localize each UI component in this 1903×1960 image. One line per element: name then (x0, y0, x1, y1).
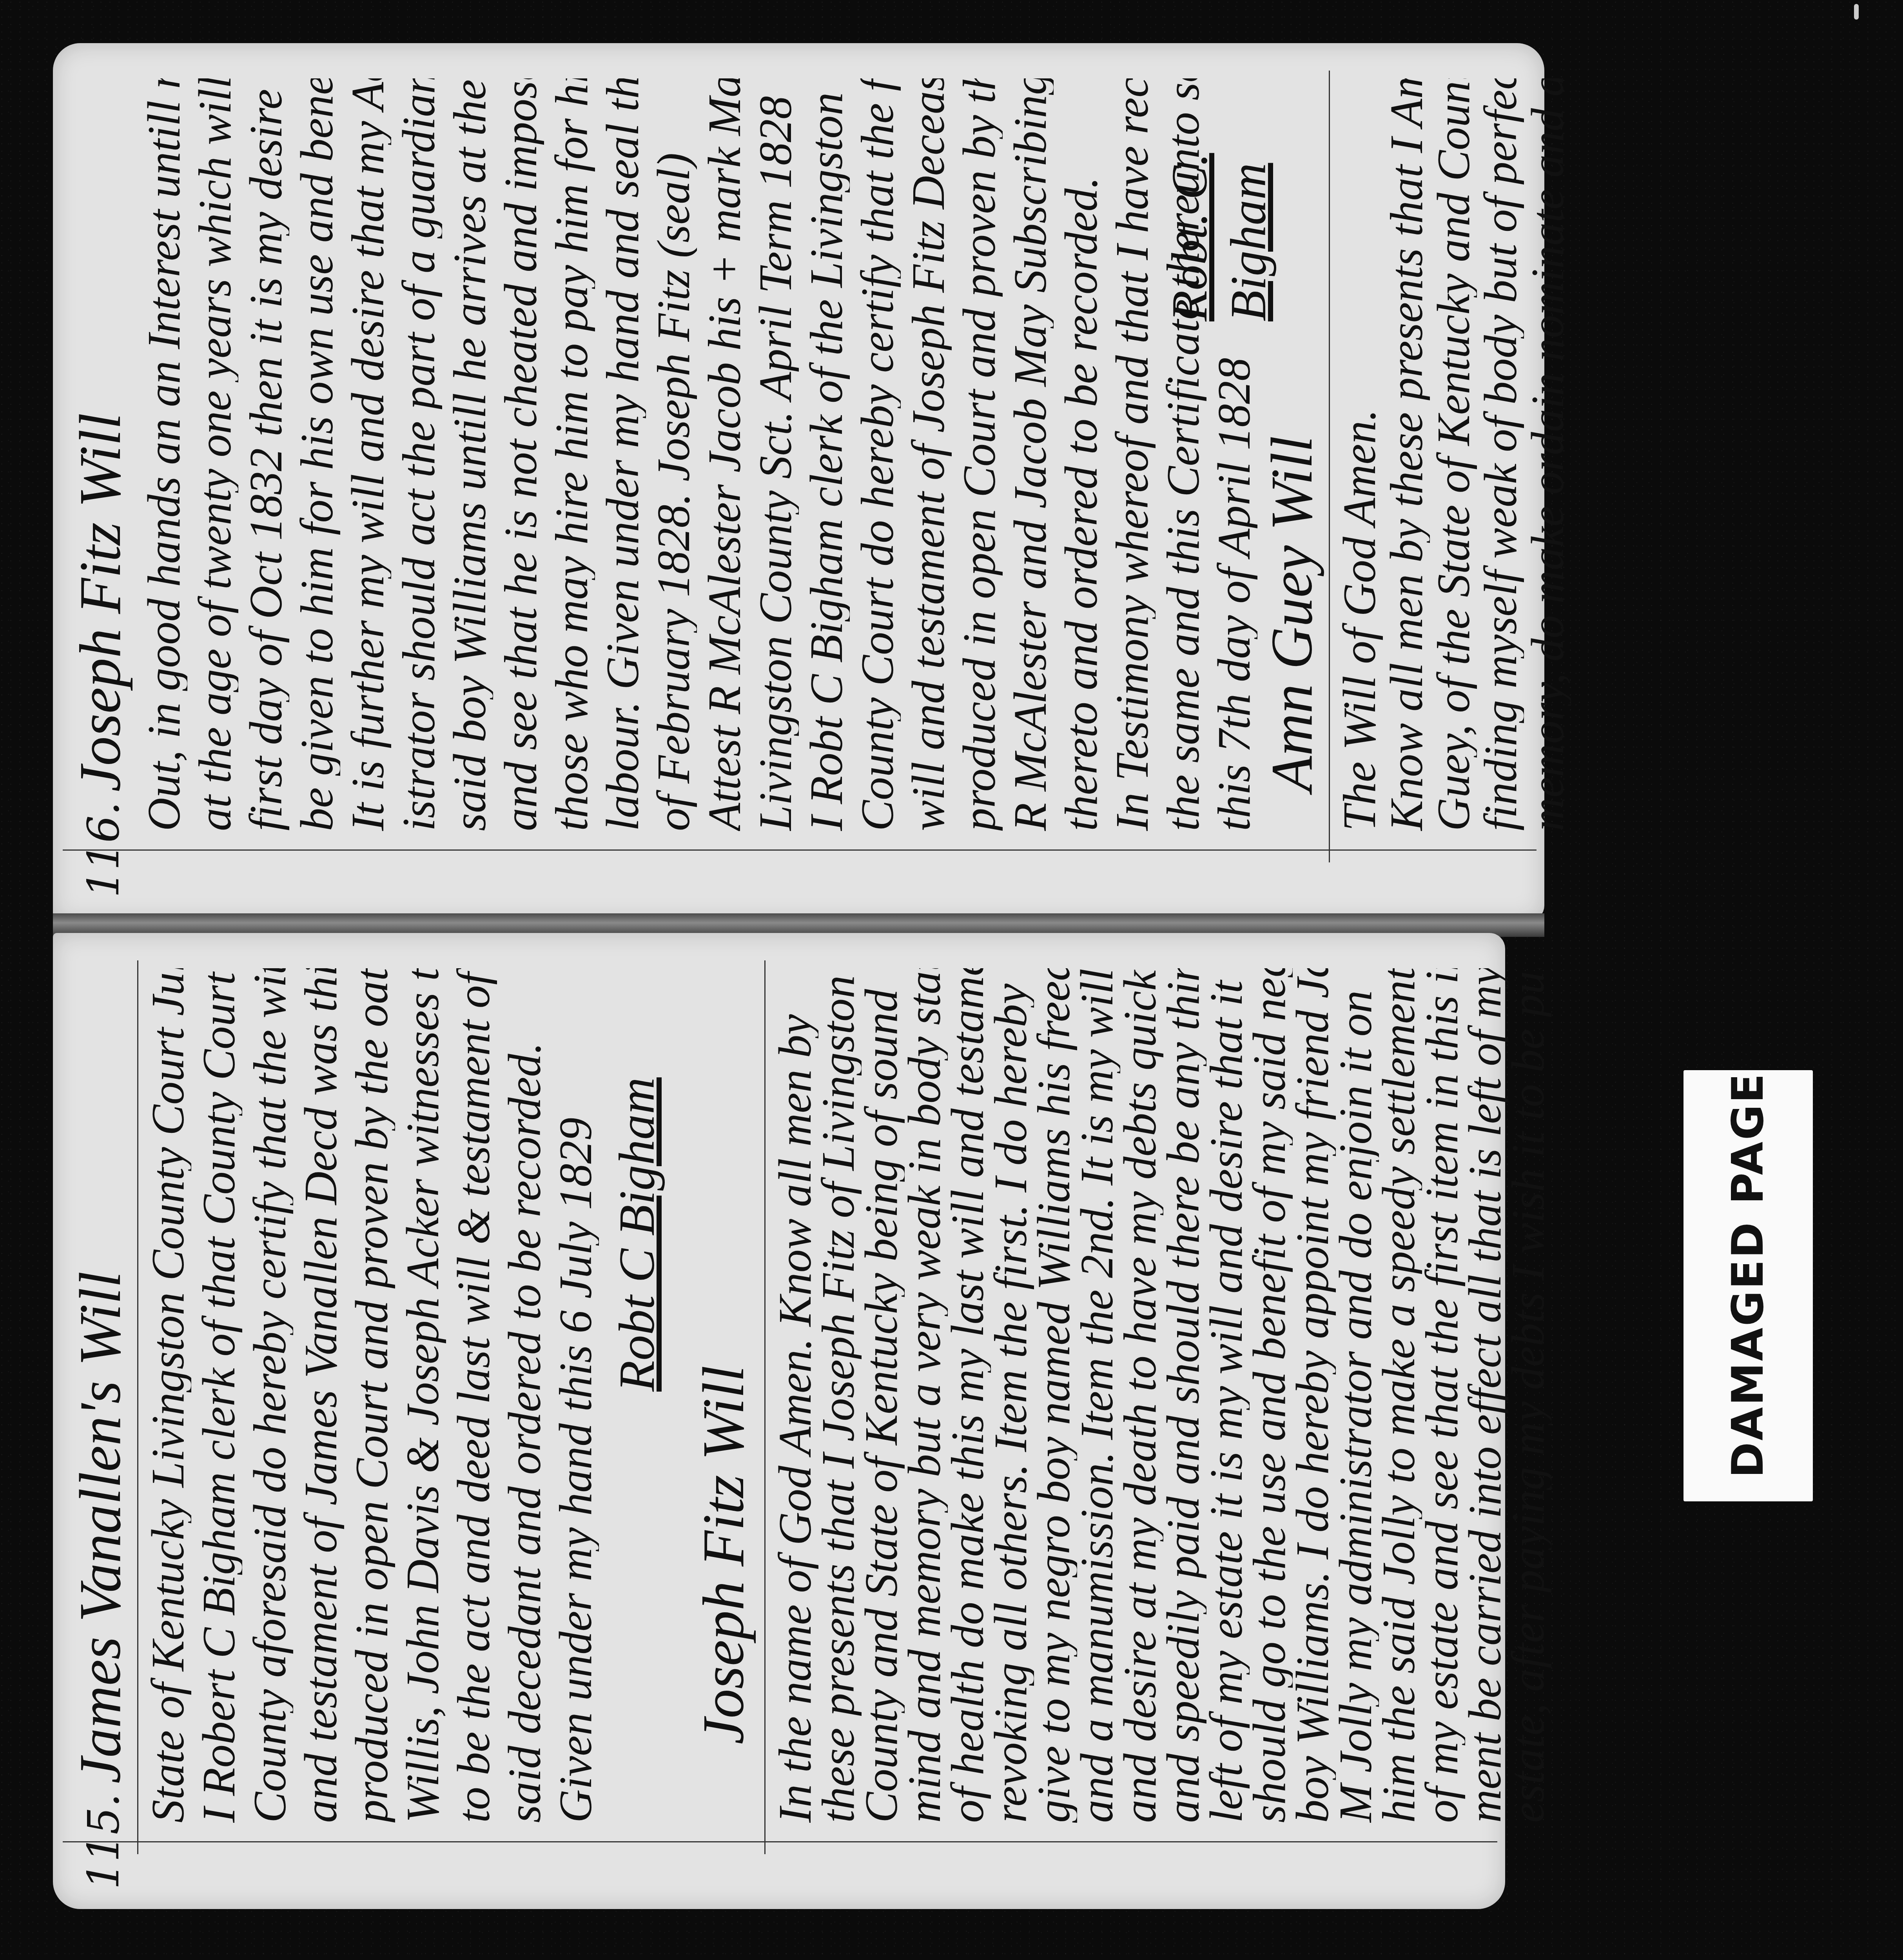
text-line: Attest R McAlester Jacob his + mark May (702, 78, 748, 831)
page-number: 116. (78, 802, 129, 898)
text-line: R McAlester and Jacob May Subscribing wi… (1007, 78, 1054, 831)
text-line: M Jolly my administrator and do enjoin i… (1333, 968, 1379, 1823)
text-line: and speedily paid and should there be an… (1160, 968, 1206, 1823)
damaged-page-text: DAMAGED PAGE (1723, 1072, 1773, 1478)
text-line: boy Williams. I do hereby appoint my fri… (1290, 968, 1336, 1823)
page-115-content: 115. James Vanallen's Will State of Kent… (63, 945, 1497, 1901)
text-line: County Court do hereby certify that the … (854, 78, 901, 831)
text-line: and a manumission. Item the 2nd. It is m… (1074, 968, 1120, 1823)
text-line: State of Kentucky Livingston County Cour… (145, 968, 191, 1823)
text-line: give to my negro boy named Williams his … (1031, 968, 1077, 1823)
text-line: and see that he is not cheated and impos… (498, 78, 544, 831)
text-line: Livingston County Sct. April Term 1828 (753, 78, 799, 831)
text-line: labour. Given under my hand and seal thi… (600, 78, 646, 831)
text-line: finding myself weak of body but of perfe… (1478, 78, 1524, 831)
text-line: Guey, of the State of Kentucky and Count… (1431, 78, 1477, 831)
text-line: istrator should act the part of a guardi… (396, 78, 442, 831)
text-line: It is further my will and desire that my… (345, 78, 391, 831)
text-line: County and State of Kentucky being of so… (858, 968, 905, 1823)
section-rule (764, 960, 766, 1854)
text-line: said boy Williams untill he arrives at t… (447, 78, 493, 831)
margin-rule (63, 849, 1537, 851)
will-heading: Joseph Fitz Will (67, 413, 134, 792)
text-line: at the age of twenty one years which wil… (192, 78, 238, 831)
text-line: these presents that I Joseph Fitz of Liv… (815, 968, 862, 1823)
clerk-signature: Robt. C. Bigham (1160, 55, 1278, 321)
text-line: to be the act and deed last will & testa… (451, 968, 497, 1823)
text-line: and testament of James Vanallen Decd was… (298, 968, 344, 1823)
text-line: ment be carried into effect all that is … (1462, 968, 1508, 1823)
page-116-content: 116. Joseph Fitz Will Out, in good hands… (63, 55, 1537, 909)
text-line: produced in open Court and proven by the… (956, 78, 1003, 831)
text-line: In Testimony whereof and that I have rec… (1109, 78, 1156, 831)
text-line: In the name of God Amen. Know all men by (772, 968, 818, 1823)
text-line: those who may hire him to pay him for hi… (549, 78, 595, 831)
scan-artifact (1854, 4, 1859, 20)
section-rule (1329, 71, 1330, 862)
text-line: Know all men by these presents that I Am… (1384, 78, 1430, 831)
text-line: will and testament of Joseph Fitz Deceas… (905, 78, 952, 831)
text-line: mind and memory but a very weak in body … (902, 968, 948, 1823)
margin-rule (63, 1841, 1497, 1842)
text-line: Given under my hand this 6 July 1829 (553, 968, 599, 1823)
text-line: should go to the use and benefit of my s… (1246, 968, 1293, 1823)
page-number: 115. (78, 1793, 129, 1889)
text-line: produced in open Court and proven by the… (349, 968, 395, 1823)
text-line: first day of Oct 1832 then it is my desi… (243, 78, 289, 831)
damaged-page-label: DAMAGED PAGE (1683, 1070, 1813, 1501)
text-line: of my estate and see that the first item… (1419, 968, 1465, 1823)
text-line: said decedant and ordered to be recorded… (502, 968, 548, 1823)
text-line: County aforesaid do hereby certify that … (247, 968, 293, 1823)
text-line: of February 1828. Joseph Fitz (seal) (651, 78, 697, 831)
text-line: memory, do make ordain nominate and appo… (1525, 78, 1571, 831)
text-line: of health do make this my last will and … (945, 968, 991, 1823)
text-line: be given to him for his own use and bene… (294, 78, 340, 831)
text-line: Willis, John Davis & Joseph Acker witnes… (400, 968, 446, 1823)
text-line: revoking all others. Item the first. I d… (988, 968, 1034, 1823)
text-line: thereto and ordered to be recorded. (1058, 78, 1105, 831)
will-heading: Amn Guey Will (1258, 436, 1326, 792)
will-heading: James Vanallen's Will (67, 1271, 134, 1784)
text-line: Out, in good hands an an Interest untill… (141, 78, 187, 831)
text-line: I Robt C Bigham clerk of the Livingston (804, 78, 850, 831)
text-line: left of my estate it is my will and desi… (1203, 968, 1250, 1823)
text-line: I Robert C Bigham clerk of that County C… (196, 968, 242, 1823)
section-rule (137, 960, 138, 1854)
text-line: The Will of God Amen. (1337, 78, 1383, 831)
clerk-signature: Robt C Bigham (608, 1077, 666, 1392)
text-line: and desire at my death to have my debts … (1117, 968, 1163, 1823)
text-line: estate, after paying my debts I wish it … (1505, 968, 1551, 1823)
text-line: him the said Jolly to make a speedy sett… (1376, 968, 1422, 1823)
will-heading: Joseph Fitz Will (690, 1365, 757, 1744)
